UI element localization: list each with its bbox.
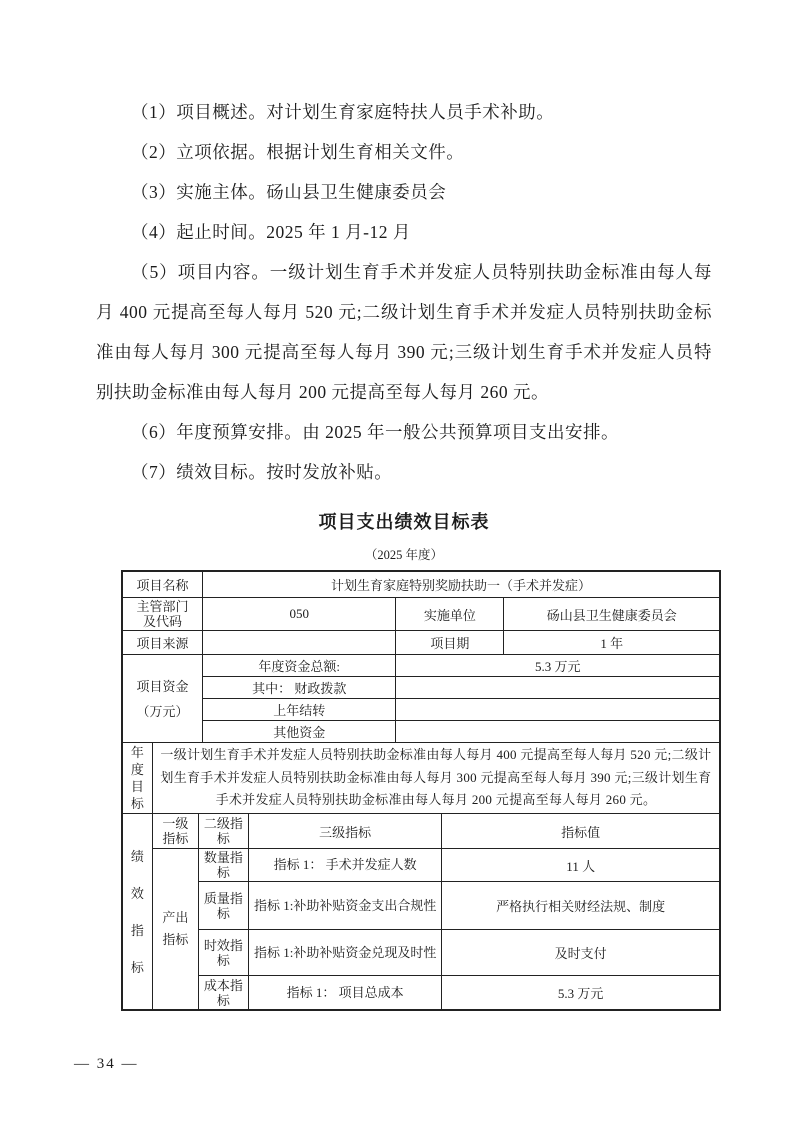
funding-other-label: 其他资金 [202,721,395,743]
body-paragraphs: （1）项目概述。对计划生育家庭特扶人员手术补助。 （2）立项依据。根据计划生育相… [96,92,712,492]
page-number: — 34 — [74,1056,139,1073]
quality-indicator-label: 质量指标 [198,882,248,930]
table-row: 绩效指标 一级指标 二级指标 三级指标 指标值 [123,814,720,849]
header-level3: 三级指标 [248,814,441,849]
paragraph-7: （7）绩效目标。按时发放补贴。 [96,452,712,492]
dept-code-value: 050 [202,598,395,631]
project-name-value: 计划生育家庭特别奖励扶助一（手术并发症） [202,572,719,598]
cost-indicator-label: 成本指标 [198,976,248,1010]
table-row: 主管部门 及代码 050 实施单位 砀山县卫生健康委员会 [123,598,720,631]
paragraph-4: （4）起止时间。2025 年 1 月-12 月 [96,212,712,252]
table-row: 年度目标 一级计划生育手术并发症人员特别扶助金标准由每人每月 400 元提高至每… [123,743,720,814]
project-source-label: 项目来源 [123,631,203,655]
page-content: （1）项目概述。对计划生育家庭特扶人员手术补助。 （2）立项依据。根据计划生育相… [96,92,712,1011]
quality-indicator-detail: 指标 1:补助补贴资金支出合规性 [248,882,441,930]
cost-indicator-detail: 指标 1： 项目总成本 [248,976,441,1010]
annual-goal-label: 年度目标 [123,743,153,814]
paragraph-1: （1）项目概述。对计划生育家庭特扶人员手术补助。 [96,92,712,132]
table-row: 成本指标 指标 1： 项目总成本 5.3 万元 [123,976,720,1010]
project-funding-label: 项目资金 （万元） [123,655,203,743]
project-period-label: 项目期 [396,631,504,655]
table-row: 项目名称 计划生育家庭特别奖励扶助一（手术并发症） [123,572,720,598]
dept-code-label: 主管部门 及代码 [123,598,203,631]
table-row: 项目来源 项目期 1 年 [123,631,720,655]
paragraph-5: （5）项目内容。一级计划生育手术并发症人员特别扶助金标准由每人每月 400 元提… [96,252,712,412]
header-value: 指标值 [442,814,720,849]
impl-unit-value: 砀山县卫生健康委员会 [504,598,720,631]
project-funding-label-line1: 项目资金 [126,674,199,699]
dept-code-label-line2: 及代码 [126,614,199,629]
funding-carryover-label: 上年结转 [202,699,395,721]
funding-total-value: 5.3 万元 [396,655,720,677]
table-row: 时效指标 指标 1:补助补贴资金兑现及时性 及时支付 [123,930,720,976]
table-annual-goal-section: 年度目标 一级计划生育手术并发症人员特别扶助金标准由每人每月 400 元提高至每… [122,742,720,814]
paragraph-3: （3）实施主体。砀山县卫生健康委员会 [96,172,712,212]
table-row: 质量指标 指标 1:补助补贴资金支出合规性 严格执行相关财经法规、制度 [123,882,720,930]
cost-indicator-value: 5.3 万元 [442,976,720,1010]
table-title: 项目支出绩效目标表 [96,508,712,534]
funding-fiscal-value [396,677,720,699]
quantity-indicator-label: 数量指标 [198,849,248,882]
header-level1: 一级指标 [152,814,198,849]
timeliness-indicator-value: 及时支付 [442,930,720,976]
funding-fiscal-label: 其中： 财政拨款 [202,677,395,699]
quantity-indicator-value: 11 人 [442,849,720,882]
project-name-label: 项目名称 [123,572,203,598]
table-row: 其中： 财政拨款 [123,677,720,699]
quality-indicator-value: 严格执行相关财经法规、制度 [442,882,720,930]
table-info-section: 项目名称 计划生育家庭特别奖励扶助一（手术并发症） 主管部门 及代码 050 实… [122,571,720,743]
table-row: 上年结转 [123,699,720,721]
funding-carryover-value [396,699,720,721]
table-row: 项目资金 （万元） 年度资金总额: 5.3 万元 [123,655,720,677]
quantity-indicator-detail: 指标 1： 手术并发症人数 [248,849,441,882]
annual-goal-label-text: 年度目标 [130,744,145,812]
document-page: （1）项目概述。对计划生育家庭特扶人员手术补助。 （2）立项依据。根据计划生育相… [0,0,793,1122]
timeliness-indicator-detail: 指标 1:补助补贴资金兑现及时性 [248,930,441,976]
header-level2: 二级指标 [198,814,248,849]
project-source-value [202,631,395,655]
impl-unit-label: 实施单位 [396,598,504,631]
project-period-value: 1 年 [504,631,720,655]
timeliness-indicator-label: 时效指标 [198,930,248,976]
project-funding-label-line2: （万元） [126,699,199,724]
performance-target-table: 项目名称 计划生育家庭特别奖励扶助一（手术并发症） 主管部门 及代码 050 实… [121,570,721,1011]
paragraph-6: （6）年度预算安排。由 2025 年一般公共预算项目支出安排。 [96,412,712,452]
table-row: 产出指标 数量指标 指标 1： 手术并发症人数 11 人 [123,849,720,882]
indicators-side-label: 绩效指标 [123,814,153,1010]
output-group-label: 产出指标 [152,849,198,1010]
indicators-side-label-text: 绩效指标 [130,838,145,986]
table-subtitle: （2025 年度） [96,545,712,563]
funding-total-label: 年度资金总额: [202,655,395,677]
funding-other-value [396,721,720,743]
dept-code-label-line1: 主管部门 [126,599,199,614]
annual-goal-text: 一级计划生育手术并发症人员特别扶助金标准由每人每月 400 元提高至每人每月 5… [152,743,719,814]
table-indicators-section: 绩效指标 一级指标 二级指标 三级指标 指标值 产出指标 数量指标 指标 1： … [122,813,720,1010]
paragraph-2: （2）立项依据。根据计划生育相关文件。 [96,132,712,172]
table-row: 其他资金 [123,721,720,743]
